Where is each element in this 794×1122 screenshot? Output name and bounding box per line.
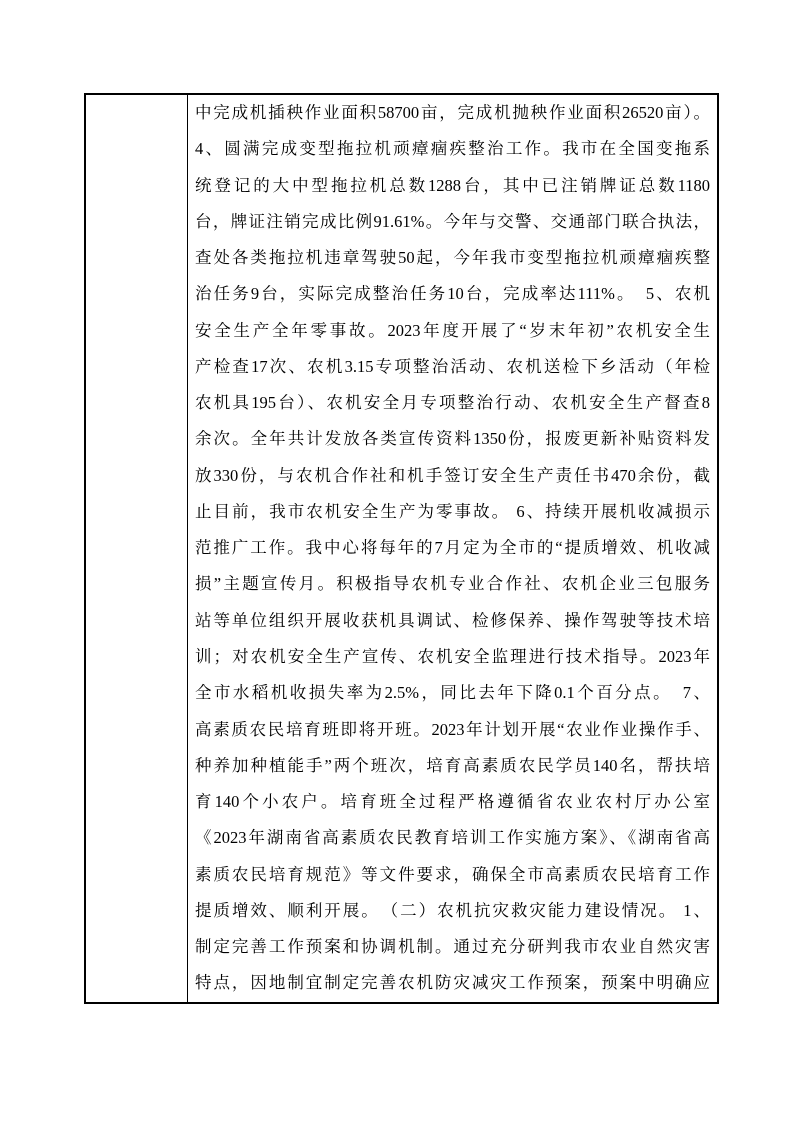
table-left-cell <box>86 95 188 1002</box>
text-line: 4、圆满完成变型拖拉机顽瘴痼疾整治工作。我市在全国变拖系 <box>195 131 710 167</box>
text-line: 育140个小农户。培育班全过程严格遵循省农业农村厅办公室 <box>195 784 710 820</box>
text-line: 农机具195台）、农机安全月专项整治行动、农机安全生产督查8 <box>195 385 710 421</box>
text-line: 台，牌证注销完成比例91.61%。今年与交警、交通部门联合执法， <box>195 204 710 240</box>
table-content-cell: 中完成机插秧作业面积58700亩，完成机抛秧作业面积26520亩）。4、圆满完成… <box>188 95 717 1002</box>
text-line: 范推广工作。我中心将每年的7月定为全市的“提质增效、机收减 <box>195 530 710 566</box>
text-line: 提质增效、顺利开展。 （二）农机抗灾救灾能力建设情况。 1、 <box>195 893 710 929</box>
text-line: 特点，因地制宜制定完善农机防灾减灾工作预案，预案中明确应 <box>195 965 710 1001</box>
report-table: 中完成机插秧作业面积58700亩，完成机抛秧作业面积26520亩）。4、圆满完成… <box>84 93 719 1004</box>
text-line: 中完成机插秧作业面积58700亩，完成机抛秧作业面积26520亩）。 <box>195 95 710 131</box>
text-line: 止目前，我市农机安全生产为零事故。 6、持续开展机收减损示 <box>195 494 710 530</box>
text-line: 查处各类拖拉机违章驾驶50起，今年我市变型拖拉机顽瘴痼疾整 <box>195 240 710 276</box>
text-line: 《2023年湖南省高素质农民教育培训工作实施方案》、《湖南省高 <box>195 820 710 856</box>
text-line: 损”主题宣传月。积极指导农机专业合作社、农机企业三包服务 <box>195 566 710 602</box>
text-line: 制定完善工作预案和协调机制。通过充分研判我市农业自然灾害 <box>195 929 710 965</box>
text-line: 余次。全年共计发放各类宣传资料1350份，报废更新补贴资料发 <box>195 421 710 457</box>
text-line: 治任务9台，实际完成整治任务10台，完成率达111%。 5、农机 <box>195 276 710 312</box>
text-line: 站等单位组织开展收获机具调试、检修保养、操作驾驶等技术培 <box>195 603 710 639</box>
text-line: 素质农民培育规范》等文件要求，确保全市高素质农民培育工作 <box>195 857 710 893</box>
text-line: 高素质农民培育班即将开班。2023年计划开展“农业作业操作手、 <box>195 712 710 748</box>
text-line: 种养加种植能手”两个班次，培育高素质农民学员140名，帮扶培 <box>195 748 710 784</box>
text-line: 安全生产全年零事故。2023年度开展了“岁末年初”农机安全生 <box>195 313 710 349</box>
document-page: 中完成机插秧作业面积58700亩，完成机抛秧作业面积26520亩）。4、圆满完成… <box>0 0 794 1122</box>
text-line: 产检查17次、农机3.15专项整治活动、农机送检下乡活动（年检 <box>195 349 710 385</box>
text-line: 训；对农机安全生产宣传、农机安全监理进行技术指导。2023年 <box>195 639 710 675</box>
text-line: 放330份，与农机合作社和机手签订安全生产责任书470余份，截 <box>195 458 710 494</box>
text-line: 全市水稻机收损失率为2.5%，同比去年下降0.1个百分点。 7、 <box>195 675 710 711</box>
text-line: 统登记的大中型拖拉机总数1288台，其中已注销牌证总数1180 <box>195 168 710 204</box>
